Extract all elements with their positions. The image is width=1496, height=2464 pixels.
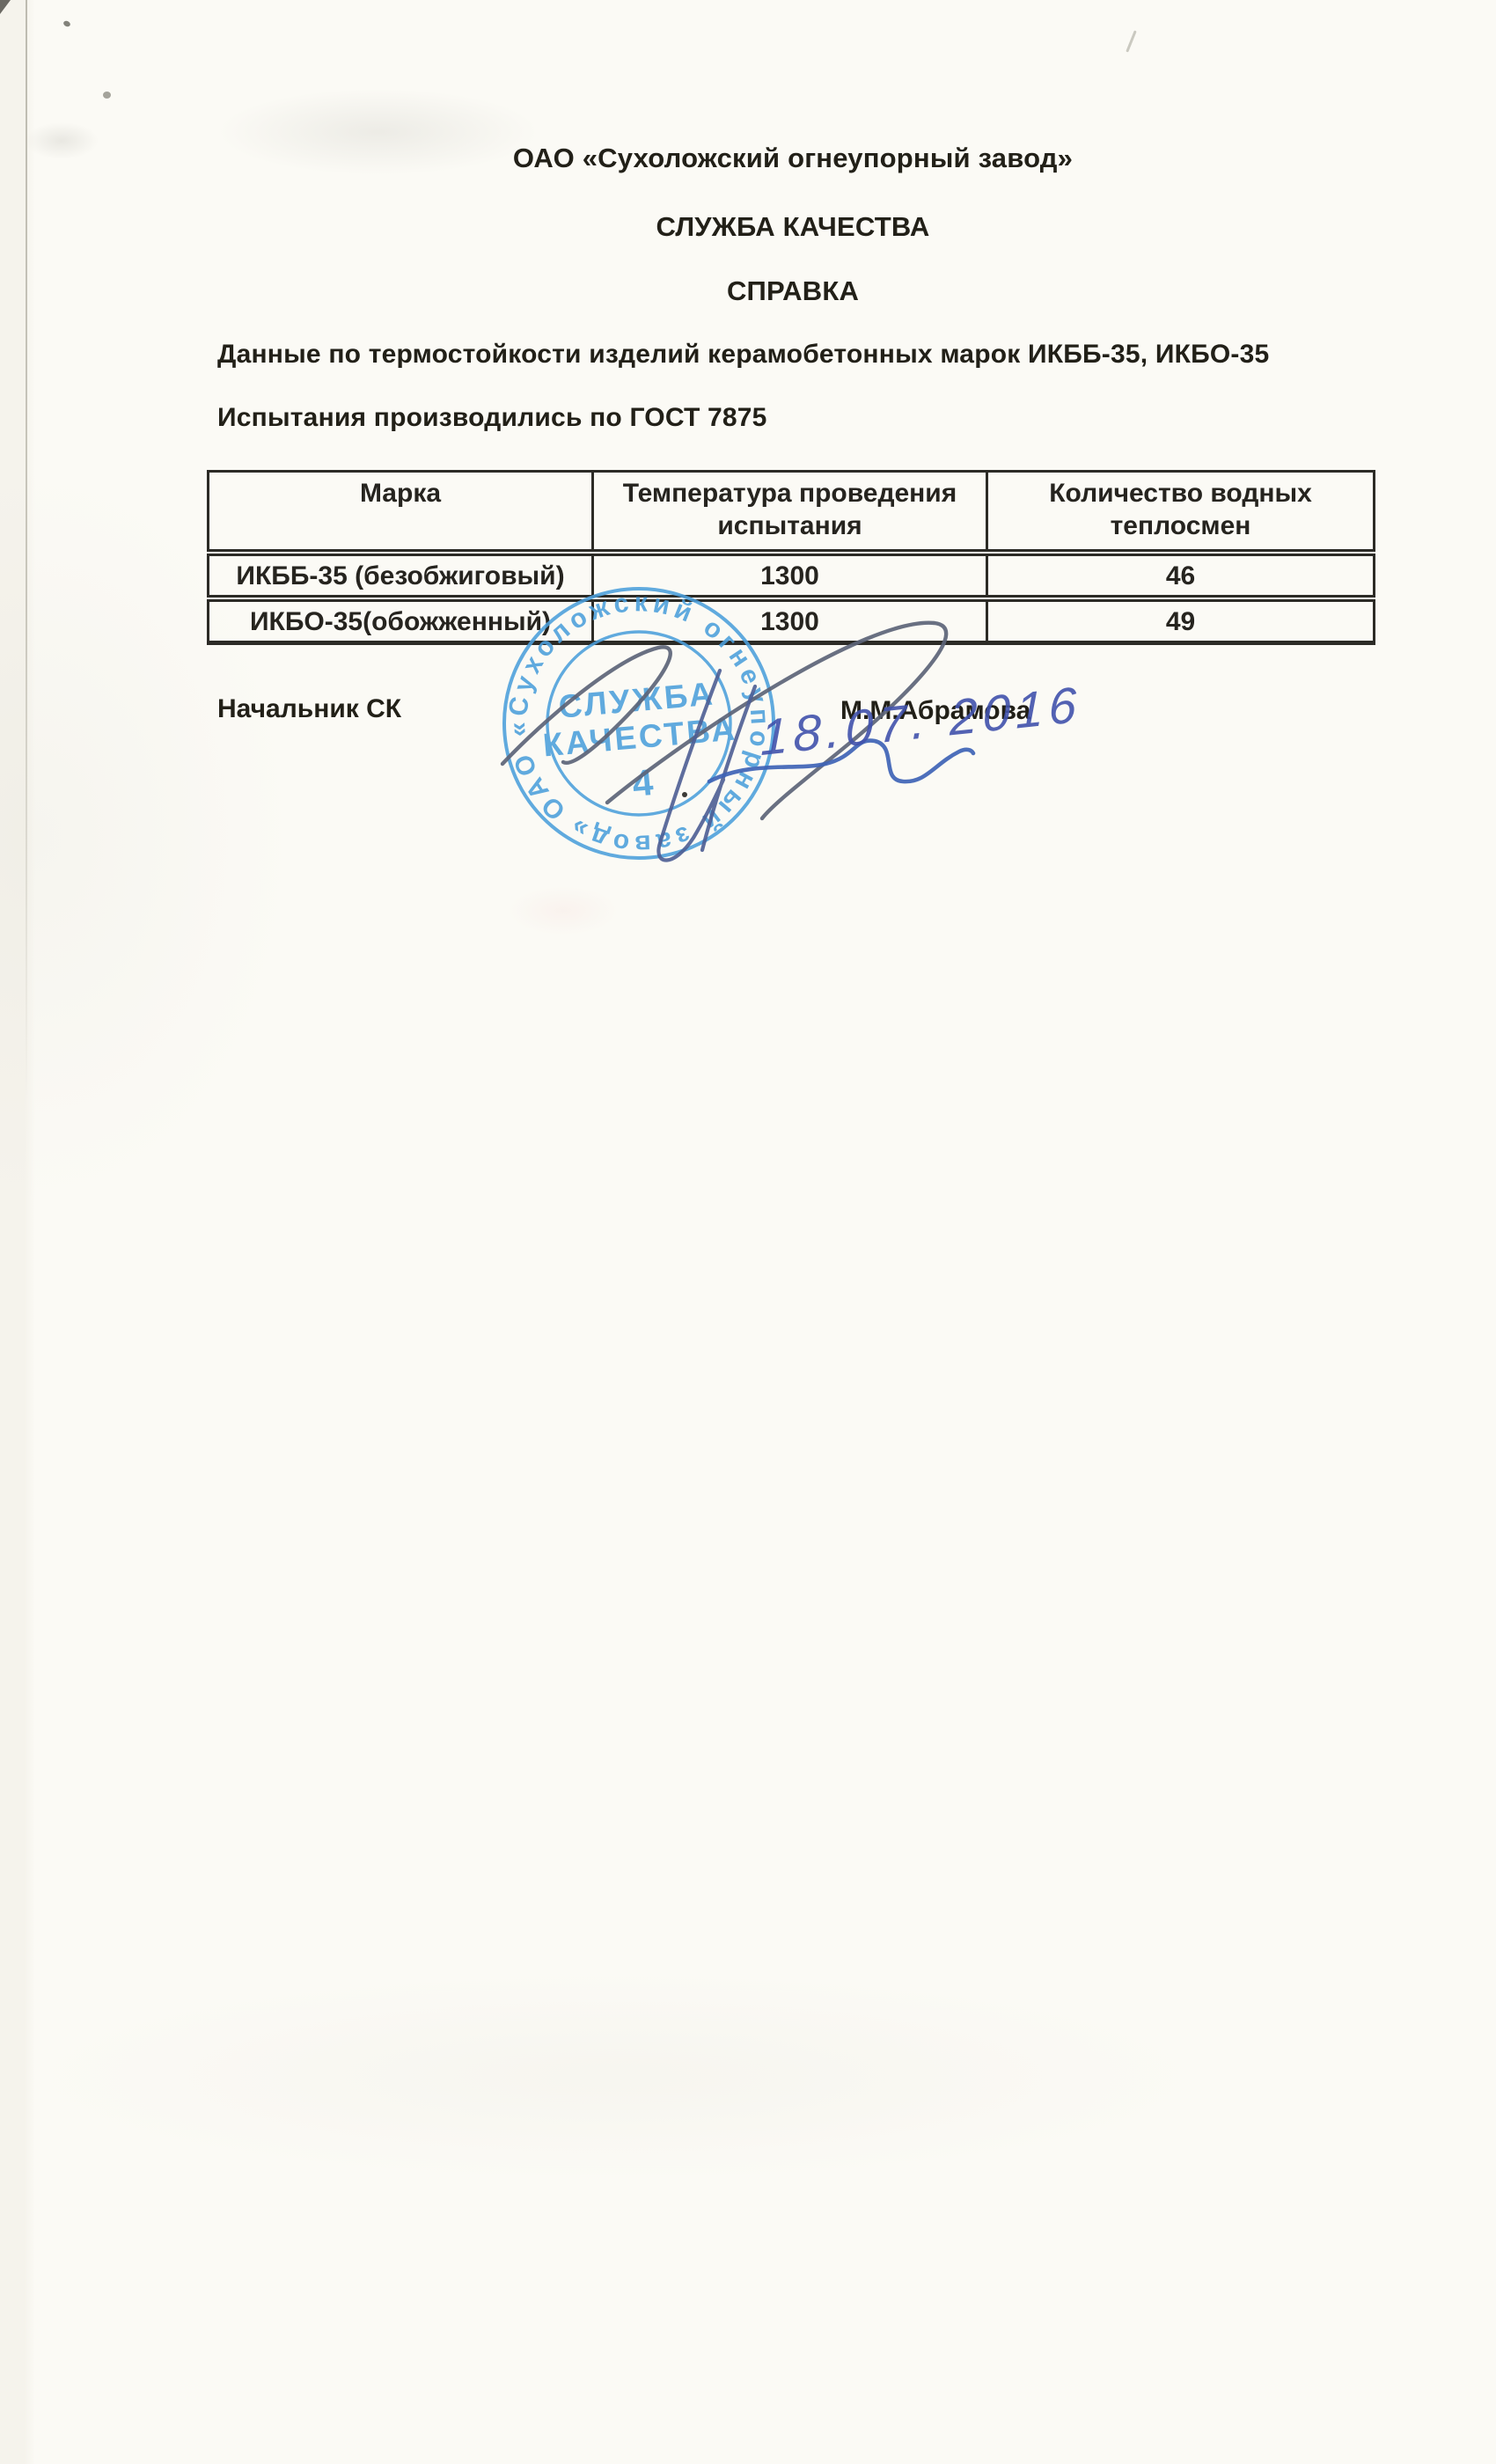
intro-text: Данные по термостойкости изделий керамоб…: [217, 340, 1381, 370]
scan-speck: [103, 92, 111, 99]
signature-stroke: [658, 671, 755, 861]
department-title: СЛУЖБА КАЧЕСТВА: [211, 211, 1375, 243]
header-cycles: Количество водных теплосмен: [987, 472, 1375, 554]
doc-type-title: СПРАВКА: [211, 275, 1375, 307]
scan-speck: [1126, 30, 1137, 52]
table-header-row: Марка Температура проведения испытания К…: [209, 472, 1375, 554]
cell-cycles: 49: [987, 598, 1375, 643]
header-temperature: Температура проведения испытания: [593, 472, 987, 554]
standard-text: Испытания производились по ГОСТ 7875: [217, 403, 1381, 433]
signature-position-label: Начальник СК: [217, 694, 401, 724]
scan-left-edge-line: [26, 0, 27, 1100]
ink-dot: [682, 792, 687, 797]
scanned-document-page: ОАО «Сухоложский огнеупорный завод» СЛУЖ…: [0, 0, 1496, 2464]
scan-speck: [62, 20, 71, 28]
cell-cycles: 46: [987, 553, 1375, 598]
header-mark: Марка: [209, 472, 593, 554]
signature-stroke: [502, 647, 671, 764]
scan-corner-mark: [0, 0, 11, 14]
org-title: ОАО «Сухоложский огнеупорный завод»: [211, 143, 1375, 174]
